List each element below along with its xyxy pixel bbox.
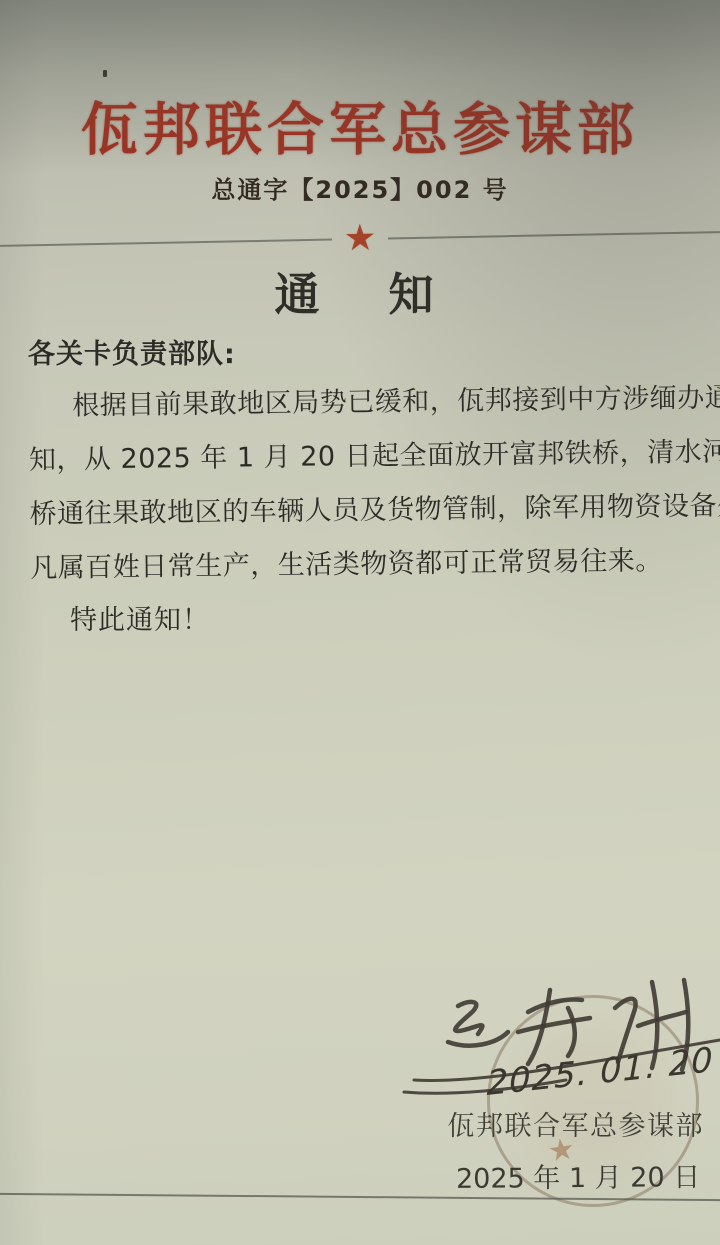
notice-document: 佤邦联合军总参谋部 总通字【2025】002 号 ★ 通 知 各关卡负责部队: … (0, 0, 720, 1245)
closing-line: 特此通知！ (70, 598, 210, 637)
body-line-1: 根据目前果敢地区局势已缓和，佤邦接到中方涉缅办通 (28, 374, 707, 436)
divider-line-left (0, 239, 332, 247)
doc-number: 总通字【2025】002 号 (0, 170, 720, 205)
signature-printed-date: 2025 年 1 月 20 日 (456, 1155, 700, 1196)
body-line-4: 凡属百姓日常生产，生活类物资都可正常贸易往来。 (30, 536, 709, 598)
body-line-3: 桥通往果敢地区的车辆人员及货物管制，除军用物资设备外， (29, 482, 708, 544)
document-photo: 佤邦联合军总参谋部 总通字【2025】002 号 ★ 通 知 各关卡负责部队: … (0, 0, 720, 1245)
salutation: 各关卡负责部队: (28, 332, 236, 371)
signature-org-name: 佤邦联合军总参谋部 (448, 1104, 705, 1143)
red-star-icon: ★ (344, 221, 377, 258)
divider-line-right (388, 231, 720, 239)
org-title: 佤邦联合军总参谋部 (0, 84, 720, 166)
body-paragraph: 根据目前果敢地区局势已缓和，佤邦接到中方涉缅办通 知，从 2025 年 1 月 … (28, 374, 709, 598)
body-line-2: 知，从 2025 年 1 月 20 日起全面放开富邦铁桥，清水河兄弟 (29, 428, 708, 490)
paper-speck (103, 70, 107, 77)
notice-title: 通 知 (0, 258, 720, 323)
